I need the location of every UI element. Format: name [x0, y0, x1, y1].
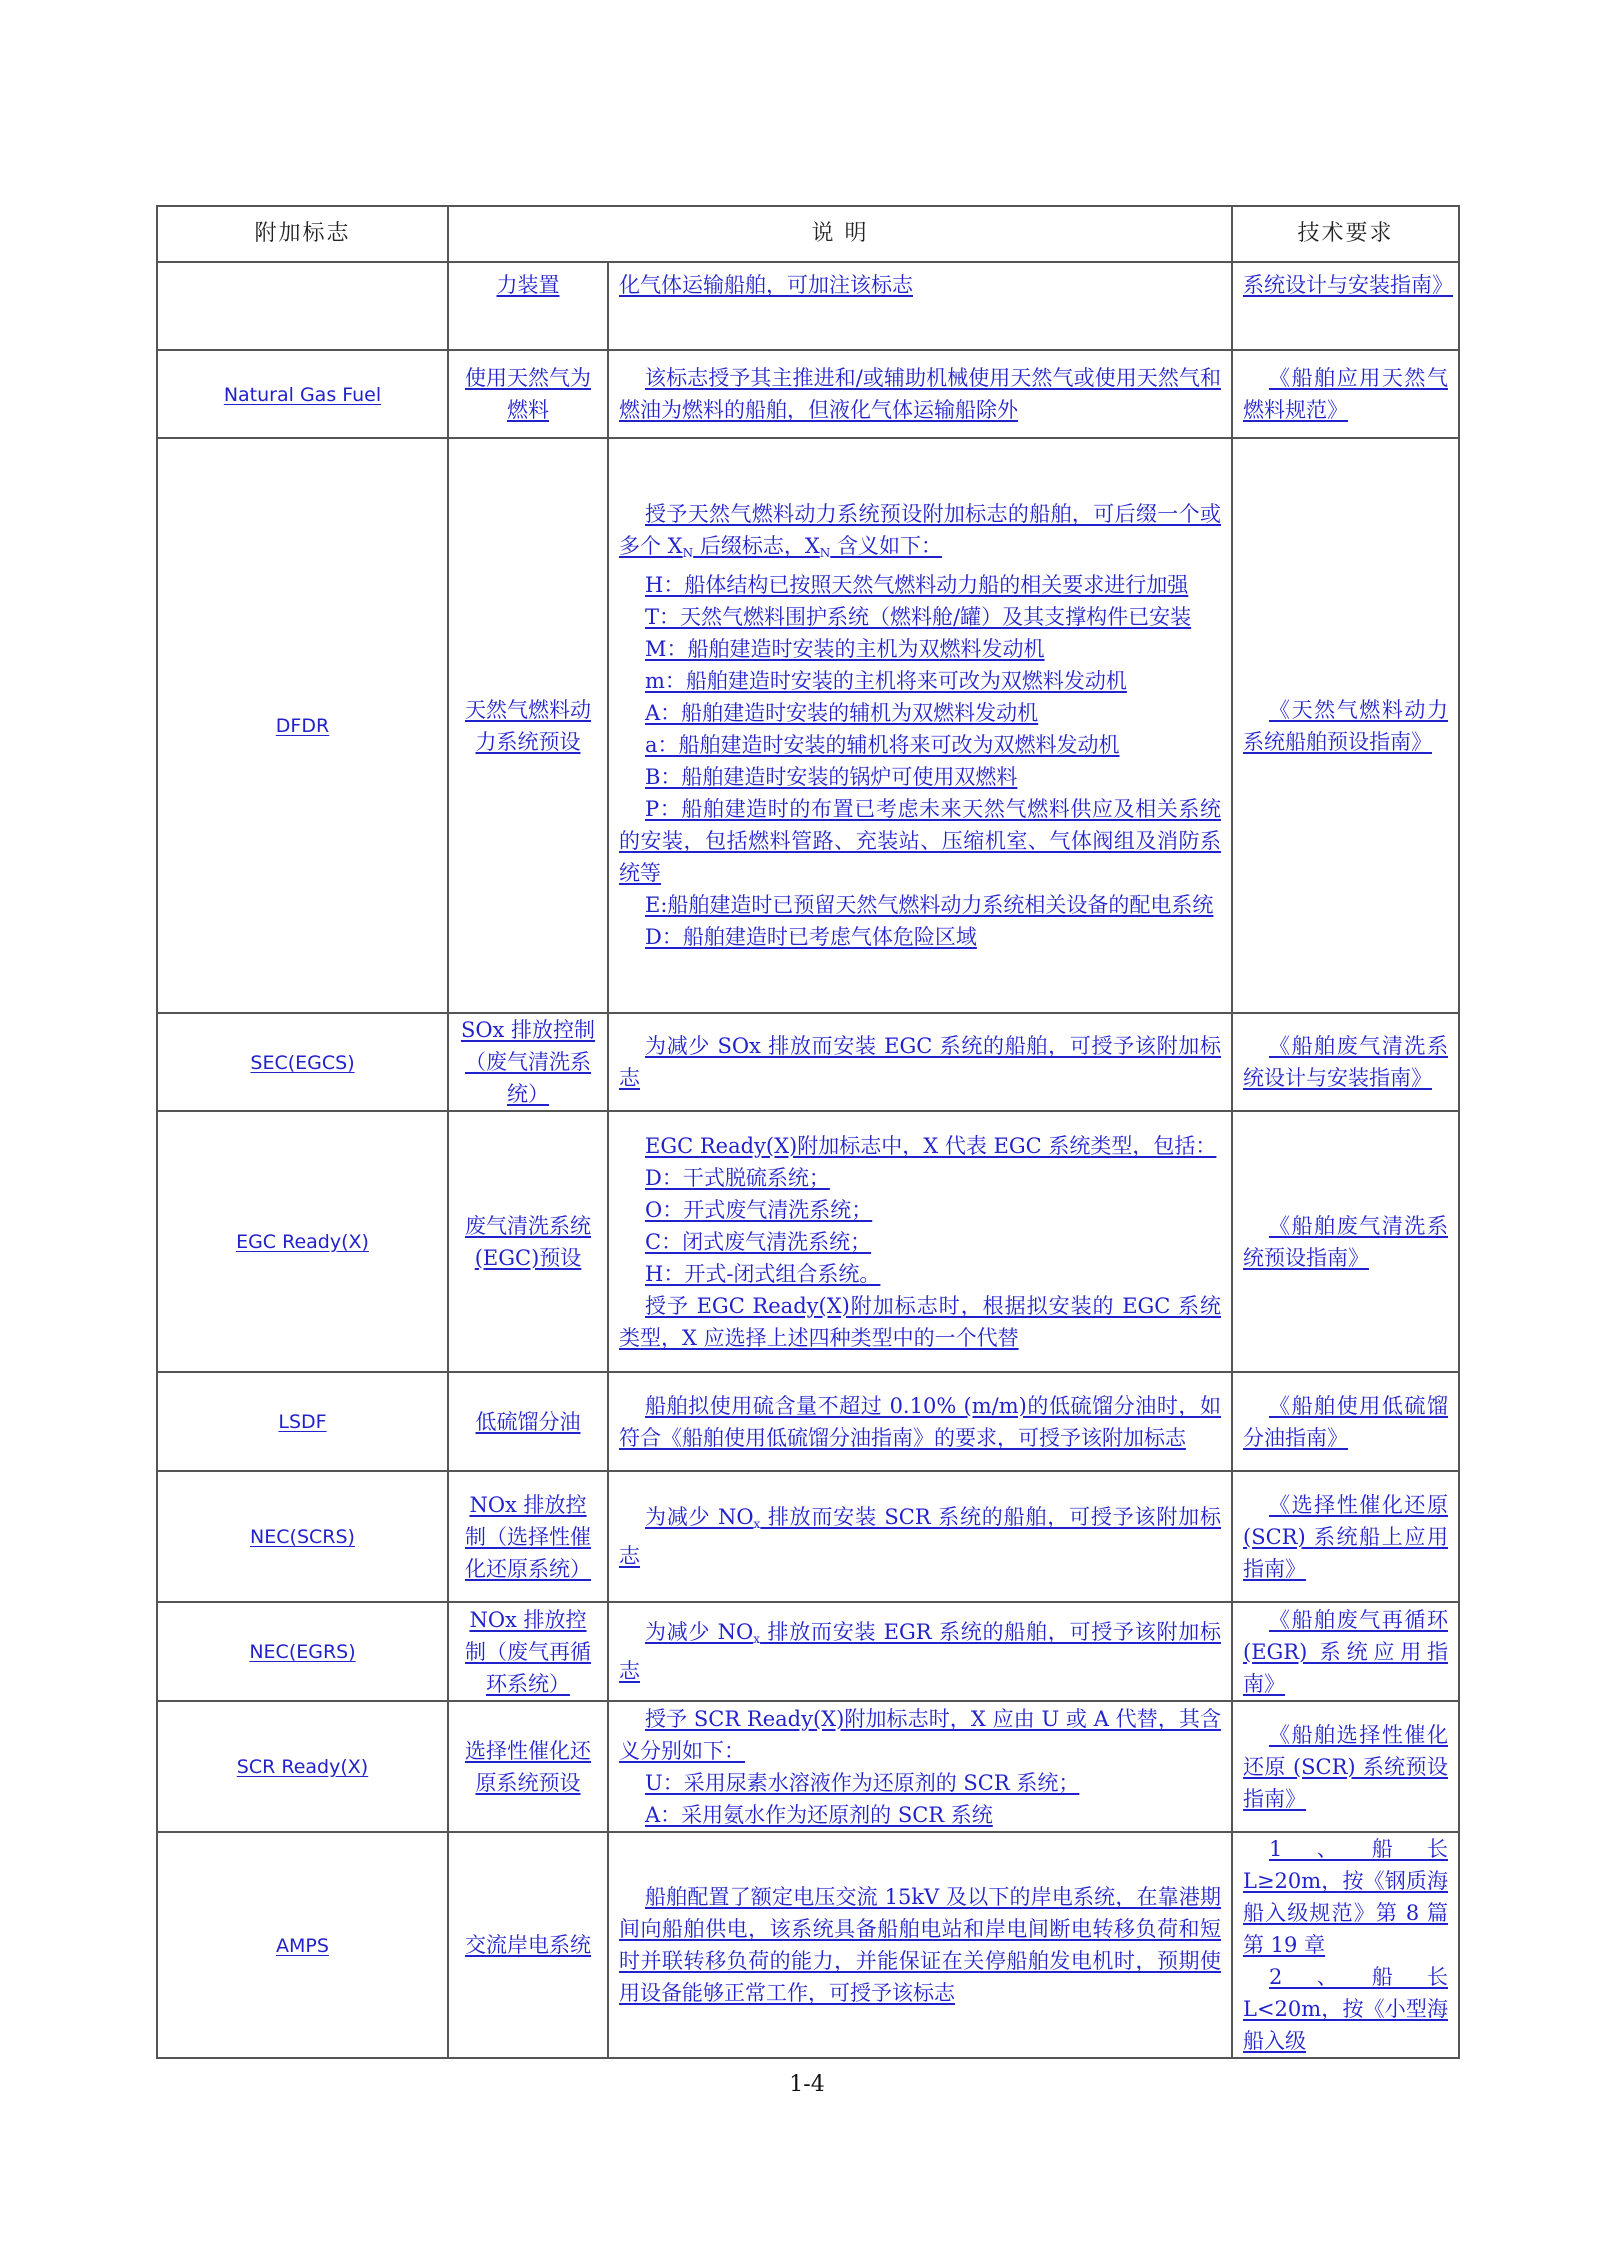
notation-cell: DFDR: [157, 438, 448, 1013]
description-item-a[interactable]: A：采用氨水作为还原剂的 SCR 系统: [645, 1803, 993, 1827]
description-cell: 为减少 NOx 排放而安装 SCR 系统的船舶，可授予该附加标志: [608, 1471, 1232, 1602]
notation-name-cell: 交流岸电系统: [448, 1832, 608, 2058]
requirement-cell: 《选择性催化还原 (SCR) 系统船上应用指南》: [1232, 1471, 1459, 1602]
document-page: 附加标志 说 明 技术要求 力装置 化气体运输船舶，可加注该标志 系统设计与安装…: [0, 0, 1614, 2244]
requirement-cell: 系统设计与安装指南》: [1232, 262, 1459, 350]
notation-cell: [157, 262, 448, 350]
notation-name-link[interactable]: 交流岸电系统: [465, 1933, 591, 1957]
notation-name-link[interactable]: NOx 排放控制（废气再循环系统）: [465, 1608, 591, 1696]
description-link[interactable]: 为减少 NOx 排放而安装 SCR 系统的船舶，可授予该附加标志: [619, 1501, 1221, 1572]
notation-name-cell: 废气清洗系统(EGC)预设: [448, 1111, 608, 1372]
notation-name-link[interactable]: NOx 排放控制（选择性催化还原系统）: [465, 1493, 591, 1581]
table-row: AMPS 交流岸电系统 船舶配置了额定电压交流 15kV 及以下的岸电系统，在靠…: [157, 1832, 1459, 2058]
notation-link-nec-egrs[interactable]: NEC(EGRS): [249, 1641, 355, 1663]
requirement-cell: 《船舶选择性催化还原 (SCR) 系统预设指南》: [1232, 1701, 1459, 1832]
header-additional-notation: 附加标志: [157, 206, 448, 262]
notation-link-egc-ready[interactable]: EGC Ready(X): [236, 1231, 369, 1253]
table-row: Natural Gas Fuel 使用天然气为燃料 该标志授予其主推进和/或辅助…: [157, 350, 1459, 438]
description-item-o[interactable]: O：开式废气清洗系统；: [645, 1198, 872, 1222]
requirement-link[interactable]: 《选择性催化还原 (SCR) 系统船上应用指南》: [1243, 1493, 1448, 1581]
notation-link-natural-gas-fuel[interactable]: Natural Gas Fuel: [224, 384, 381, 406]
description-cell: 授予 SCR Ready(X)附加标志时，X 应由 U 或 A 代替，其含义分别…: [608, 1701, 1232, 1832]
table-row: DFDR 天然气燃料动力系统预设 授予天然气燃料动力系统预设附加标志的船舶，可后…: [157, 438, 1459, 1013]
table-row: SEC(EGCS) SOx 排放控制（废气清洗系统） 为减少 SOx 排放而安装…: [157, 1013, 1459, 1111]
requirement-link[interactable]: 《天然气燃料动力系统船舶预设指南》: [1243, 698, 1448, 754]
description-cell: 授予天然气燃料动力系统预设附加标志的船舶，可后缀一个或多个 XN 后缀标志，XN…: [608, 438, 1232, 1013]
description-link[interactable]: 船舶配置了额定电压交流 15kV 及以下的岸电系统，在靠港期间向船舶供电，该系统…: [619, 1885, 1221, 2005]
description-item-m-upper[interactable]: M：船舶建造时安装的主机为双燃料发动机: [645, 637, 1045, 661]
notation-cell: SEC(EGCS): [157, 1013, 448, 1111]
requirement-cell: 《船舶废气清洗系统预设指南》: [1232, 1111, 1459, 1372]
notation-cell: Natural Gas Fuel: [157, 350, 448, 438]
notation-cell: NEC(SCRS): [157, 1471, 448, 1602]
description-item-e[interactable]: E:船舶建造时已预留天然气燃料动力系统相关设备的配电系统: [645, 893, 1213, 917]
notation-name-link[interactable]: 天然气燃料动力系统预设: [465, 698, 591, 754]
description-cell: 化气体运输船舶，可加注该标志: [608, 262, 1232, 350]
notation-name-cell: NOx 排放控制（选择性催化还原系统）: [448, 1471, 608, 1602]
description-item-a-lower[interactable]: a：船舶建造时安装的辅机将来可改为双燃料发动机: [645, 733, 1120, 757]
page-number: 1-4: [0, 2072, 1614, 2097]
description-intro[interactable]: EGC Ready(X)附加标志中，X 代表 EGC 系统类型，包括：: [645, 1134, 1216, 1158]
notation-name-cell: 力装置: [448, 262, 608, 350]
notation-name-link[interactable]: 低硫馏分油: [476, 1410, 581, 1434]
description-cell: 为减少 SOx 排放而安装 EGC 系统的船舶，可授予该附加标志: [608, 1013, 1232, 1111]
description-item-u[interactable]: U：采用尿素水溶液作为还原剂的 SCR 系统；: [645, 1771, 1079, 1795]
notation-name-cell: 天然气燃料动力系统预设: [448, 438, 608, 1013]
requirement-link-1[interactable]: 1、船长 L≥20m，按《钢质海船入级规范》第 8 篇第 19 章: [1243, 1837, 1448, 1957]
requirement-cell: 1、船长 L≥20m，按《钢质海船入级规范》第 8 篇第 19 章 2、船长 L…: [1232, 1832, 1459, 2058]
notation-name-link[interactable]: 使用天然气为燃料: [465, 366, 591, 422]
notation-name-cell: SOx 排放控制（废气清洗系统）: [448, 1013, 608, 1111]
description-item-h[interactable]: H：开式-闭式组合系统。: [645, 1262, 880, 1286]
notation-cell: SCR Ready(X): [157, 1701, 448, 1832]
table-header-row: 附加标志 说 明 技术要求: [157, 206, 1459, 262]
description-item-d[interactable]: D：干式脱硫系统；: [645, 1166, 830, 1190]
requirement-link[interactable]: 《船舶废气清洗系统设计与安装指南》: [1243, 1034, 1448, 1090]
class-notation-table: 附加标志 说 明 技术要求 力装置 化气体运输船舶，可加注该标志 系统设计与安装…: [156, 205, 1460, 2059]
notation-name-link[interactable]: 力装置: [497, 273, 560, 297]
requirement-cell: 《船舶使用低硫馏分油指南》: [1232, 1372, 1459, 1471]
description-link[interactable]: 该标志授予其主推进和/或辅助机械使用天然气或使用天然气和燃油为燃料的船舶，但液化…: [619, 366, 1221, 422]
notation-cell: NEC(EGRS): [157, 1602, 448, 1701]
notation-cell: EGC Ready(X): [157, 1111, 448, 1372]
requirement-link[interactable]: 《船舶废气再循环 (EGR) 系统应用指南》: [1243, 1608, 1448, 1696]
notation-cell: LSDF: [157, 1372, 448, 1471]
description-item-a-upper[interactable]: A：船舶建造时安装的辅机为双燃料发动机: [645, 701, 1038, 725]
notation-name-link[interactable]: 选择性催化还原系统预设: [465, 1739, 591, 1795]
description-cell: 船舶配置了额定电压交流 15kV 及以下的岸电系统，在靠港期间向船舶供电，该系统…: [608, 1832, 1232, 2058]
notation-link-nec-scrs[interactable]: NEC(SCRS): [250, 1526, 355, 1548]
description-intro[interactable]: 授予天然气燃料动力系统预设附加标志的船舶，可后缀一个或多个 XN 后缀标志，XN…: [619, 498, 1221, 569]
description-cell: 为减少 NOx 排放而安装 EGR 系统的船舶，可授予该附加标志: [608, 1602, 1232, 1701]
description-link[interactable]: 化气体运输船舶，可加注该标志: [619, 273, 913, 297]
requirement-cell: 《船舶废气再循环 (EGR) 系统应用指南》: [1232, 1602, 1459, 1701]
notation-name-cell: 使用天然气为燃料: [448, 350, 608, 438]
requirement-cell: 《船舶废气清洗系统设计与安装指南》: [1232, 1013, 1459, 1111]
requirement-cell: 《天然气燃料动力系统船舶预设指南》: [1232, 438, 1459, 1013]
notation-name-cell: 选择性催化还原系统预设: [448, 1701, 608, 1832]
requirement-link[interactable]: 《船舶使用低硫馏分油指南》: [1243, 1394, 1448, 1450]
description-item-h[interactable]: H：船体结构已按照天然气燃料动力船的相关要求进行加强: [645, 573, 1188, 597]
requirement-link[interactable]: 系统设计与安装指南》: [1243, 273, 1453, 297]
notation-name-link[interactable]: SOx 排放控制（废气清洗系统）: [461, 1018, 595, 1106]
description-link[interactable]: 为减少 SOx 排放而安装 EGC 系统的船舶，可授予该附加标志: [619, 1034, 1221, 1090]
notation-link-scr-ready[interactable]: SCR Ready(X): [237, 1756, 368, 1778]
table-row: NEC(SCRS) NOx 排放控制（选择性催化还原系统） 为减少 NOx 排放…: [157, 1471, 1459, 1602]
header-technical-requirements: 技术要求: [1232, 206, 1459, 262]
notation-name-cell: NOx 排放控制（废气再循环系统）: [448, 1602, 608, 1701]
header-description: 说 明: [448, 206, 1232, 262]
notation-name-cell: 低硫馏分油: [448, 1372, 608, 1471]
description-link[interactable]: 船舶拟使用硫含量不超过 0.10% (m/m)的低硫馏分油时，如符合《船舶使用低…: [619, 1394, 1221, 1450]
table-row: SCR Ready(X) 选择性催化还原系统预设 授予 SCR Ready(X)…: [157, 1701, 1459, 1832]
description-item-p[interactable]: P：船舶建造时的布置已考虑未来天然气燃料供应及相关系统的安装，包括燃料管路、充装…: [619, 797, 1221, 885]
description-cell: 船舶拟使用硫含量不超过 0.10% (m/m)的低硫馏分油时，如符合《船舶使用低…: [608, 1372, 1232, 1471]
description-cell: 该标志授予其主推进和/或辅助机械使用天然气或使用天然气和燃油为燃料的船舶，但液化…: [608, 350, 1232, 438]
description-item-c[interactable]: C：闭式废气清洗系统；: [645, 1230, 871, 1254]
description-link[interactable]: 为减少 NOx 排放而安装 EGR 系统的船舶，可授予该附加标志: [619, 1616, 1221, 1687]
requirement-cell: 《船舶应用天然气燃料规范》: [1232, 350, 1459, 438]
requirement-link[interactable]: 《船舶应用天然气燃料规范》: [1243, 366, 1448, 422]
description-item-t[interactable]: T：天然气燃料围护系统（燃料舱/罐）及其支撑构件已安装: [645, 605, 1191, 629]
description-item-b[interactable]: B：船舶建造时安装的锅炉可使用双燃料: [645, 765, 1017, 789]
description-intro[interactable]: 授予 SCR Ready(X)附加标志时，X 应由 U 或 A 代替，其含义分别…: [619, 1707, 1221, 1763]
description-cell: EGC Ready(X)附加标志中，X 代表 EGC 系统类型，包括： D：干式…: [608, 1111, 1232, 1372]
requirement-link-2[interactable]: 2、船长 L<20m，按《小型海船入级: [1243, 1965, 1448, 2053]
description-note[interactable]: 授予 EGC Ready(X)附加标志时，根据拟安装的 EGC 系统类型，X 应…: [619, 1294, 1221, 1350]
requirement-link[interactable]: 《船舶选择性催化还原 (SCR) 系统预设指南》: [1243, 1723, 1448, 1811]
notation-link-sec-egcs[interactable]: SEC(EGCS): [250, 1052, 354, 1074]
description-item-d[interactable]: D：船舶建造时已考虑气体危险区域: [645, 925, 977, 949]
table-row: NEC(EGRS) NOx 排放控制（废气再循环系统） 为减少 NOx 排放而安…: [157, 1602, 1459, 1701]
table-row: 力装置 化气体运输船舶，可加注该标志 系统设计与安装指南》: [157, 262, 1459, 350]
notation-link-amps[interactable]: AMPS: [276, 1935, 329, 1957]
notation-link-lsdf[interactable]: LSDF: [278, 1411, 326, 1433]
notation-name-link[interactable]: 废气清洗系统(EGC)预设: [465, 1214, 591, 1270]
notation-link-dfdr[interactable]: DFDR: [276, 715, 329, 737]
table-row: EGC Ready(X) 废气清洗系统(EGC)预设 EGC Ready(X)附…: [157, 1111, 1459, 1372]
table-row: LSDF 低硫馏分油 船舶拟使用硫含量不超过 0.10% (m/m)的低硫馏分油…: [157, 1372, 1459, 1471]
requirement-link[interactable]: 《船舶废气清洗系统预设指南》: [1243, 1214, 1448, 1270]
description-item-m-lower[interactable]: m：船舶建造时安装的主机将来可改为双燃料发动机: [645, 669, 1127, 693]
notation-cell: AMPS: [157, 1832, 448, 2058]
